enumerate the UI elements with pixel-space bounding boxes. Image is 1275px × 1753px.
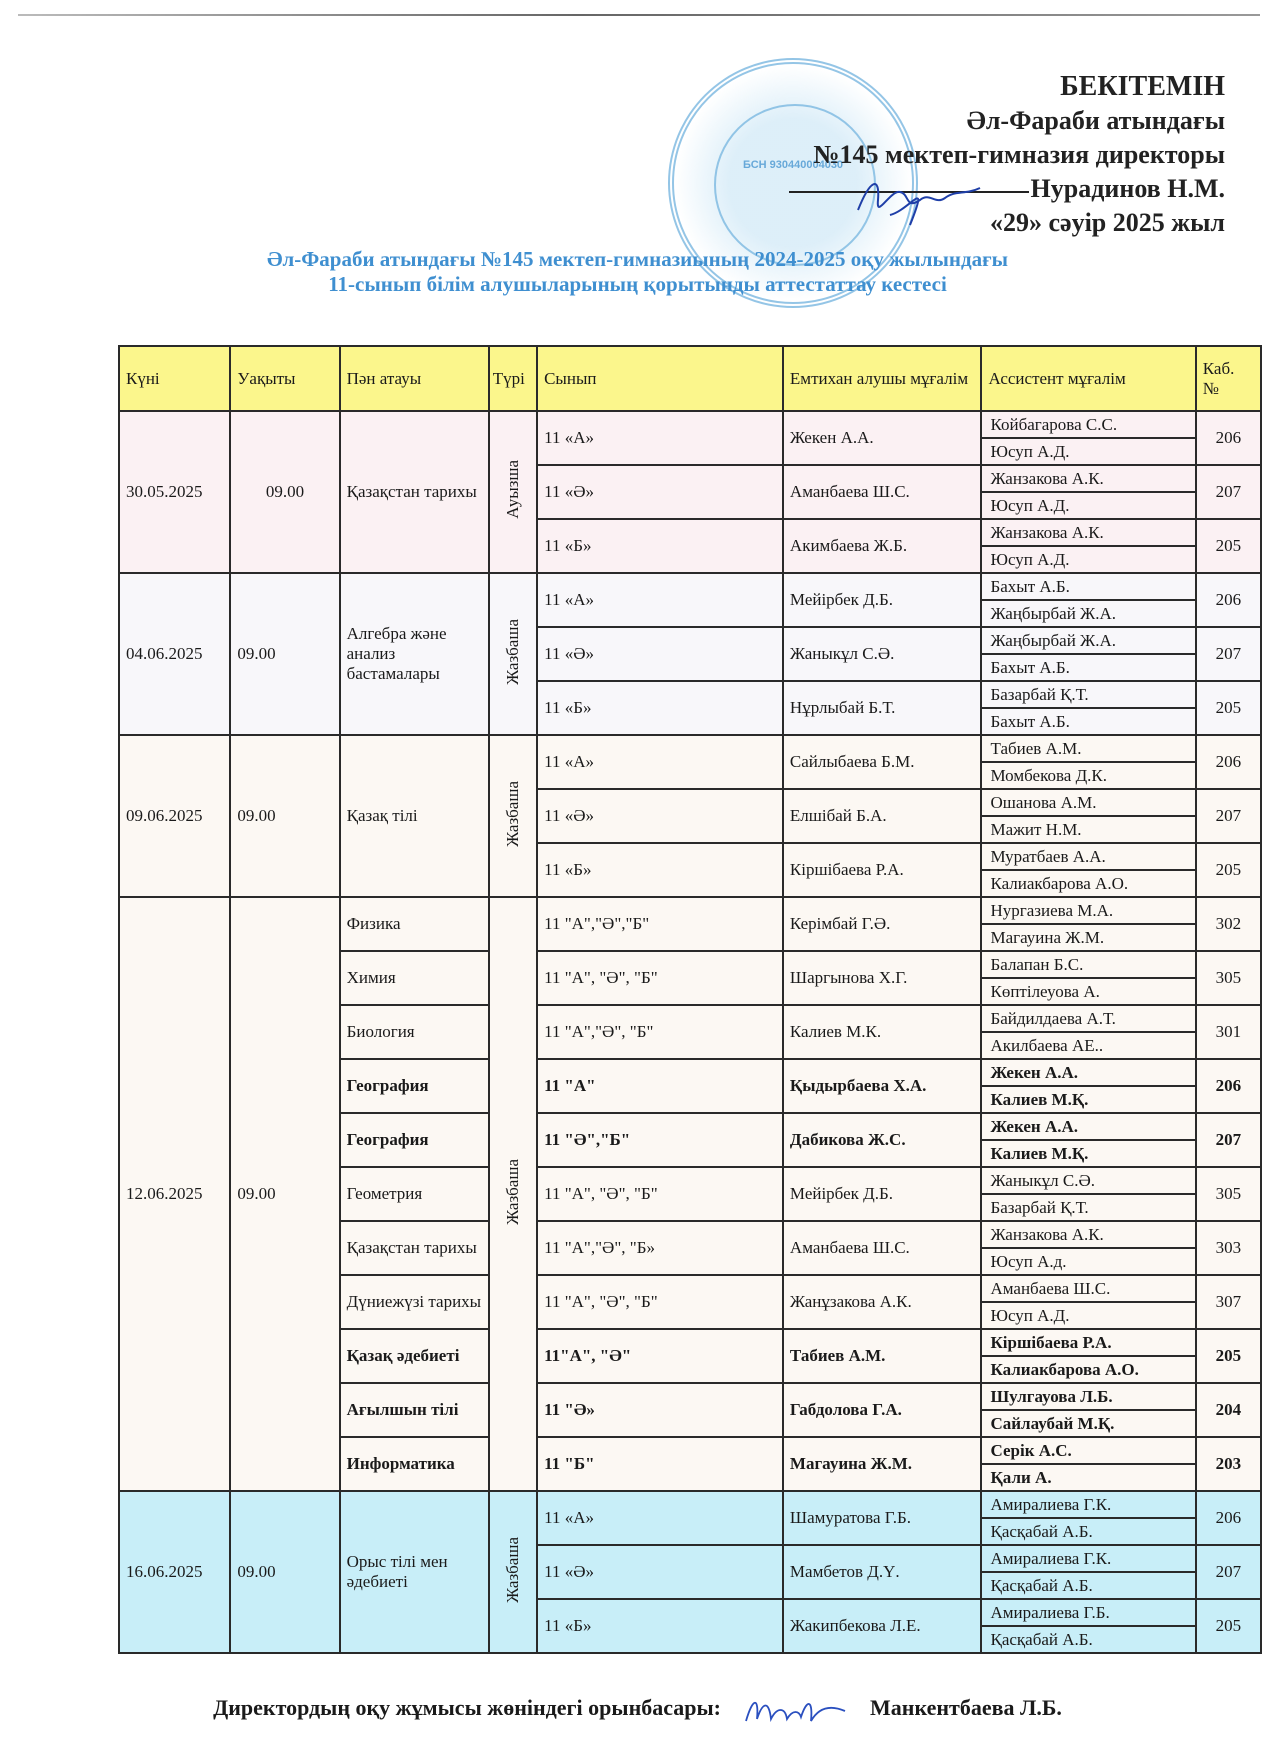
cell-room: 204	[1196, 1383, 1261, 1437]
assistant-name: Юсуп А.Д.	[982, 547, 1194, 572]
cell-time: 09.00	[230, 573, 339, 735]
footer-signoff: Директордың оқу жұмысы жөніндегі орынбас…	[0, 1693, 1275, 1727]
cell-exam-type: Жазбаша	[489, 735, 537, 897]
cell-time: 09.00	[230, 897, 339, 1491]
cell-room: 206	[1196, 1491, 1261, 1545]
table-row: 12.06.202509.00ФизикаЖазбаша11 "А","Ә","…	[119, 897, 1261, 951]
cell-subject: Геометрия	[340, 1167, 489, 1221]
cell-examiner: Магауина Ж.М.	[783, 1437, 982, 1491]
director-signature	[850, 170, 990, 230]
exam-type-label: Жазбаша	[503, 781, 523, 847]
assistant-name: Аманбаева Ш.С.	[982, 1276, 1194, 1303]
cell-room: 303	[1196, 1221, 1261, 1275]
cell-class: 11 «Ә»	[537, 627, 783, 681]
assistant-name: Амиралиева Г.К.	[982, 1546, 1194, 1573]
cell-exam-type: Жазбаша	[489, 573, 537, 735]
assistant-name: Қасқабай А.Б.	[982, 1627, 1194, 1652]
cell-assistants: Амиралиева Г.Б.Қасқабай А.Б.	[981, 1599, 1195, 1653]
deputy-name: Манкентбаева Л.Б.	[870, 1695, 1062, 1720]
header-time: Уақыты	[230, 346, 339, 411]
assistant-name: Ошанова А.М.	[982, 790, 1194, 817]
cell-room: 205	[1196, 519, 1261, 573]
cell-class: 11 «Б»	[537, 681, 783, 735]
exam-type-label: Жазбаша	[503, 619, 523, 685]
cell-class: 11 "А","Ә", "Б"	[537, 1005, 783, 1059]
assistant-name: Жаңбырбай Ж.А.	[982, 601, 1194, 626]
header-class: Сынып	[537, 346, 783, 411]
cell-assistants: Муратбаев А.А.Калиакбарова А.О.	[981, 843, 1195, 897]
cell-room: 205	[1196, 1329, 1261, 1383]
assistant-name: Жаңбырбай Ж.А.	[982, 628, 1194, 655]
cell-date: 30.05.2025	[119, 411, 230, 573]
cell-class: 11 «Б»	[537, 1599, 783, 1653]
assistant-name: Амиралиева Г.К.	[982, 1492, 1194, 1519]
assistant-name: Калиакбарова А.О.	[982, 1357, 1194, 1382]
cell-examiner: Аманбаева Ш.С.	[783, 1221, 982, 1275]
header-subject: Пән атауы	[340, 346, 489, 411]
cell-exam-type: Жазбаша	[489, 897, 537, 1491]
cell-assistants: Табиев А.М.Момбекова Д.К.	[981, 735, 1195, 789]
assistant-name: Қасқабай А.Б.	[982, 1519, 1194, 1544]
cell-subject: Химия	[340, 951, 489, 1005]
cell-subject: Биология	[340, 1005, 489, 1059]
approval-school: Әл-Фараби атындағы	[789, 104, 1225, 138]
cell-class: 11 "Ә","Б"	[537, 1113, 783, 1167]
cell-subject: Орыс тілі мен әдебиеті	[340, 1491, 489, 1653]
cell-subject: Қазақстан тарихы	[340, 1221, 489, 1275]
assistant-name: Жекен А.А.	[982, 1060, 1194, 1087]
cell-examiner: Мейірбек Д.Б.	[783, 1167, 982, 1221]
table-row: 30.05.202509.00Қазақстан тарихыАуызша11 …	[119, 411, 1261, 465]
approval-position: №145 мектеп-гимназия директоры	[789, 138, 1225, 172]
cell-subject: Ағылшын тілі	[340, 1383, 489, 1437]
cell-room: 207	[1196, 465, 1261, 519]
assistant-name: Юсуп А.Д.	[982, 439, 1194, 464]
cell-examiner: Сайлыбаева Б.М.	[783, 735, 982, 789]
cell-examiner: Нұрлыбай Б.Т.	[783, 681, 982, 735]
cell-room: 305	[1196, 1167, 1261, 1221]
assistant-name: Шулгауова Л.Б.	[982, 1384, 1194, 1411]
cell-examiner: Аманбаева Ш.С.	[783, 465, 982, 519]
cell-subject: Қазақ әдебиеті	[340, 1329, 489, 1383]
table-row: 09.06.202509.00Қазақ тіліЖазбаша11 «А»Са…	[119, 735, 1261, 789]
assistant-name: Жаныкұл С.Ә.	[982, 1168, 1194, 1195]
director-name: Нурадинов Н.М.	[1031, 174, 1225, 203]
cell-assistants: Койбагарова С.С.Юсуп А.Д.	[981, 411, 1195, 465]
header-examiner: Емтихан алушы мұғалім	[783, 346, 982, 411]
assistant-name: Магауина Ж.М.	[982, 925, 1194, 950]
exam-type-label: Ауызша	[503, 460, 523, 519]
cell-room: 302	[1196, 897, 1261, 951]
cell-assistants: Базарбай Қ.Т.Бахыт А.Б.	[981, 681, 1195, 735]
cell-assistants: Серік А.С.Қали А.	[981, 1437, 1195, 1491]
cell-exam-type: Ауызша	[489, 411, 537, 573]
assistant-name: Акилбаева АЕ..	[982, 1033, 1194, 1058]
table-header-row: Күні Уақыты Пән атауы Түрі Сынып Емтихан…	[119, 346, 1261, 411]
cell-date: 12.06.2025	[119, 897, 230, 1491]
cell-assistants: Амиралиева Г.К.Қасқабай А.Б.	[981, 1491, 1195, 1545]
cell-assistants: Жаңбырбай Ж.А.Бахыт А.Б.	[981, 627, 1195, 681]
cell-examiner: Акимбаева Ж.Б.	[783, 519, 982, 573]
cell-subject: Қазақ тілі	[340, 735, 489, 897]
cell-room: 205	[1196, 681, 1261, 735]
cell-class: 11 "А", "Ә", "Б"	[537, 1275, 783, 1329]
cell-room: 307	[1196, 1275, 1261, 1329]
cell-assistants: Жанзакова А.К.Юсуп А.д.	[981, 1221, 1195, 1275]
cell-room: 206	[1196, 573, 1261, 627]
cell-examiner: Жакипбекова Л.Е.	[783, 1599, 982, 1653]
cell-class: 11 "А", "Ә", "Б"	[537, 1167, 783, 1221]
cell-class: 11 «Б»	[537, 519, 783, 573]
assistant-name: Қасқабай А.Б.	[982, 1573, 1194, 1598]
cell-room: 205	[1196, 843, 1261, 897]
cell-assistants: Кіршібаева Р.А.Калиакбарова А.О.	[981, 1329, 1195, 1383]
cell-time: 09.00	[230, 411, 339, 573]
cell-examiner: Мейірбек Д.Б.	[783, 573, 982, 627]
table-row: 04.06.202509.00Алгебра және анализ баста…	[119, 573, 1261, 627]
cell-examiner: Елшібай Б.А.	[783, 789, 982, 843]
exam-type-label: Жазбаша	[503, 1537, 523, 1603]
assistant-name: Бахыт А.Б.	[982, 655, 1194, 680]
cell-subject: Алгебра және анализ бастамалары	[340, 573, 489, 735]
cell-assistants: Жекен А.А.Калиев М.Қ.	[981, 1113, 1195, 1167]
cell-room: 207	[1196, 1545, 1261, 1599]
assistant-name: Юсуп А.д.	[982, 1249, 1194, 1274]
assistant-name: Қали А.	[982, 1465, 1194, 1490]
cell-assistants: Нургазиева М.А.Магауина Ж.М.	[981, 897, 1195, 951]
cell-class: 11 «Ә»	[537, 1545, 783, 1599]
document-title-line2: 11-сынып білім алушыларының қорытынды ат…	[0, 272, 1275, 296]
cell-class: 11 "А","Ә","Б"	[537, 897, 783, 951]
document-title-line1: Әл-Фараби атындағы №145 мектеп-гимназиын…	[0, 247, 1275, 271]
cell-assistants: Жаныкұл С.Ә.Базарбай Қ.Т.	[981, 1167, 1195, 1221]
cell-assistants: Бахыт А.Б.Жаңбырбай Ж.А.	[981, 573, 1195, 627]
assistant-name: Бахыт А.Б.	[982, 574, 1194, 601]
header-type: Түрі	[489, 346, 537, 411]
assistant-name: Юсуп А.Д.	[982, 493, 1194, 518]
cell-subject: Дүниежүзі тарихы	[340, 1275, 489, 1329]
assistant-name: Нургазиева М.А.	[982, 898, 1194, 925]
exam-schedule-table: Күні Уақыты Пән атауы Түрі Сынып Емтихан…	[118, 345, 1262, 1654]
cell-examiner: Жанұзакова А.К.	[783, 1275, 982, 1329]
assistant-name: Бахыт А.Б.	[982, 709, 1194, 734]
assistant-name: Момбекова Д.К.	[982, 763, 1194, 788]
assistant-name: Калиев М.Қ.	[982, 1087, 1194, 1112]
cell-examiner: Калиев М.К.	[783, 1005, 982, 1059]
cell-subject: Қазақстан тарихы	[340, 411, 489, 573]
assistant-name: Байдилдаева А.Т.	[982, 1006, 1194, 1033]
assistant-name: Сайлаубай М.Қ.	[982, 1411, 1194, 1436]
cell-class: 11 «А»	[537, 1491, 783, 1545]
cell-examiner: Габдолова Г.А.	[783, 1383, 982, 1437]
footer-label: Директордың оқу жұмысы жөніндегі орынбас…	[213, 1695, 721, 1720]
cell-date: 09.06.2025	[119, 735, 230, 897]
assistant-name: Муратбаев А.А.	[982, 844, 1194, 871]
cell-class: 11 "А","Ә", "Б»	[537, 1221, 783, 1275]
table-row: 16.06.202509.00Орыс тілі мен әдебиетіЖаз…	[119, 1491, 1261, 1545]
cell-class: 11 "А", "Ә", "Б"	[537, 951, 783, 1005]
cell-date: 04.06.2025	[119, 573, 230, 735]
assistant-name: Жекен А.А.	[982, 1114, 1194, 1141]
assistant-name: Жанзакова А.К.	[982, 1222, 1194, 1249]
cell-assistants: Ошанова А.М.Мажит Н.М.	[981, 789, 1195, 843]
header-date: Күні	[119, 346, 230, 411]
cell-assistants: Жекен А.А.Калиев М.Қ.	[981, 1059, 1195, 1113]
approval-heading: БЕКІТЕМІН	[789, 70, 1225, 104]
exam-type-label: Жазбаша	[503, 1159, 523, 1225]
assistant-name: Базарбай Қ.Т.	[982, 682, 1194, 709]
assistant-name: Табиев А.М.	[982, 736, 1194, 763]
cell-assistants: Байдилдаева А.Т.Акилбаева АЕ..	[981, 1005, 1195, 1059]
assistant-name: Жанзакова А.К.	[982, 520, 1194, 547]
assistant-name: Калиев М.Қ.	[982, 1141, 1194, 1166]
cell-class: 11 «А»	[537, 411, 783, 465]
cell-class: 11 "А"	[537, 1059, 783, 1113]
assistant-name: Калиакбарова А.О.	[982, 871, 1194, 896]
assistant-name: Балапан Б.С.	[982, 952, 1194, 979]
cell-room: 206	[1196, 411, 1261, 465]
cell-room: 207	[1196, 627, 1261, 681]
cell-room: 206	[1196, 1059, 1261, 1113]
assistant-name: Серік А.С.	[982, 1438, 1194, 1465]
cell-assistants: Жанзакова А.К.Юсуп А.Д.	[981, 519, 1195, 573]
cell-examiner: Қыдырбаева Х.А.	[783, 1059, 982, 1113]
assistant-name: Амиралиева Г.Б.	[982, 1600, 1194, 1627]
cell-class: 11"А", "Ә"	[537, 1329, 783, 1383]
cell-room: 305	[1196, 951, 1261, 1005]
assistant-name: Жанзакова А.К.	[982, 466, 1194, 493]
header-room: Каб. №	[1196, 346, 1261, 411]
cell-assistants: Жанзакова А.К.Юсуп А.Д.	[981, 465, 1195, 519]
assistant-name: Койбагарова С.С.	[982, 412, 1194, 439]
cell-examiner: Шамуратова Г.Б.	[783, 1491, 982, 1545]
cell-time: 09.00	[230, 1491, 339, 1653]
scan-edge-line	[18, 14, 1260, 16]
cell-room: 206	[1196, 735, 1261, 789]
cell-subject: География	[340, 1113, 489, 1167]
cell-subject: Информатика	[340, 1437, 489, 1491]
cell-examiner: Дабикова Ж.С.	[783, 1113, 982, 1167]
cell-time: 09.00	[230, 735, 339, 897]
cell-class: 11 «Б»	[537, 843, 783, 897]
assistant-name: Юсуп А.Д.	[982, 1303, 1194, 1328]
assistant-name: Кіршібаева Р.А.	[982, 1330, 1194, 1357]
cell-room: 301	[1196, 1005, 1261, 1059]
cell-examiner: Жаныкұл С.Ә.	[783, 627, 982, 681]
assistant-name: Базарбай Қ.Т.	[982, 1195, 1194, 1220]
cell-class: 11 «Ә»	[537, 789, 783, 843]
deputy-signature	[741, 1693, 851, 1727]
cell-assistants: Амиралиева Г.К.Қасқабай А.Б.	[981, 1545, 1195, 1599]
cell-date: 16.06.2025	[119, 1491, 230, 1653]
cell-class: 11 «А»	[537, 735, 783, 789]
cell-subject: География	[340, 1059, 489, 1113]
cell-examiner: Табиев А.М.	[783, 1329, 982, 1383]
cell-room: 205	[1196, 1599, 1261, 1653]
cell-examiner: Шаргынова Х.Г.	[783, 951, 982, 1005]
cell-examiner: Жекен А.А.	[783, 411, 982, 465]
cell-assistants: Аманбаева Ш.С.Юсуп А.Д.	[981, 1275, 1195, 1329]
cell-subject: Физика	[340, 897, 489, 951]
cell-class: 11 «А»	[537, 573, 783, 627]
cell-assistants: Балапан Б.С.Көптілеуова А.	[981, 951, 1195, 1005]
cell-room: 203	[1196, 1437, 1261, 1491]
cell-class: 11 "Б"	[537, 1437, 783, 1491]
cell-class: 11 «Ә»	[537, 465, 783, 519]
cell-examiner: Мамбетов Д.Ү.	[783, 1545, 982, 1599]
header-assistant: Ассистент мұғалім	[981, 346, 1195, 411]
cell-examiner: Керімбай Г.Ә.	[783, 897, 982, 951]
cell-room: 207	[1196, 1113, 1261, 1167]
cell-exam-type: Жазбаша	[489, 1491, 537, 1653]
cell-class: 11 "Ә»	[537, 1383, 783, 1437]
assistant-name: Мажит Н.М.	[982, 817, 1194, 842]
cell-examiner: Кіршібаева Р.А.	[783, 843, 982, 897]
cell-assistants: Шулгауова Л.Б.Сайлаубай М.Қ.	[981, 1383, 1195, 1437]
assistant-name: Көптілеуова А.	[982, 979, 1194, 1004]
cell-room: 207	[1196, 789, 1261, 843]
